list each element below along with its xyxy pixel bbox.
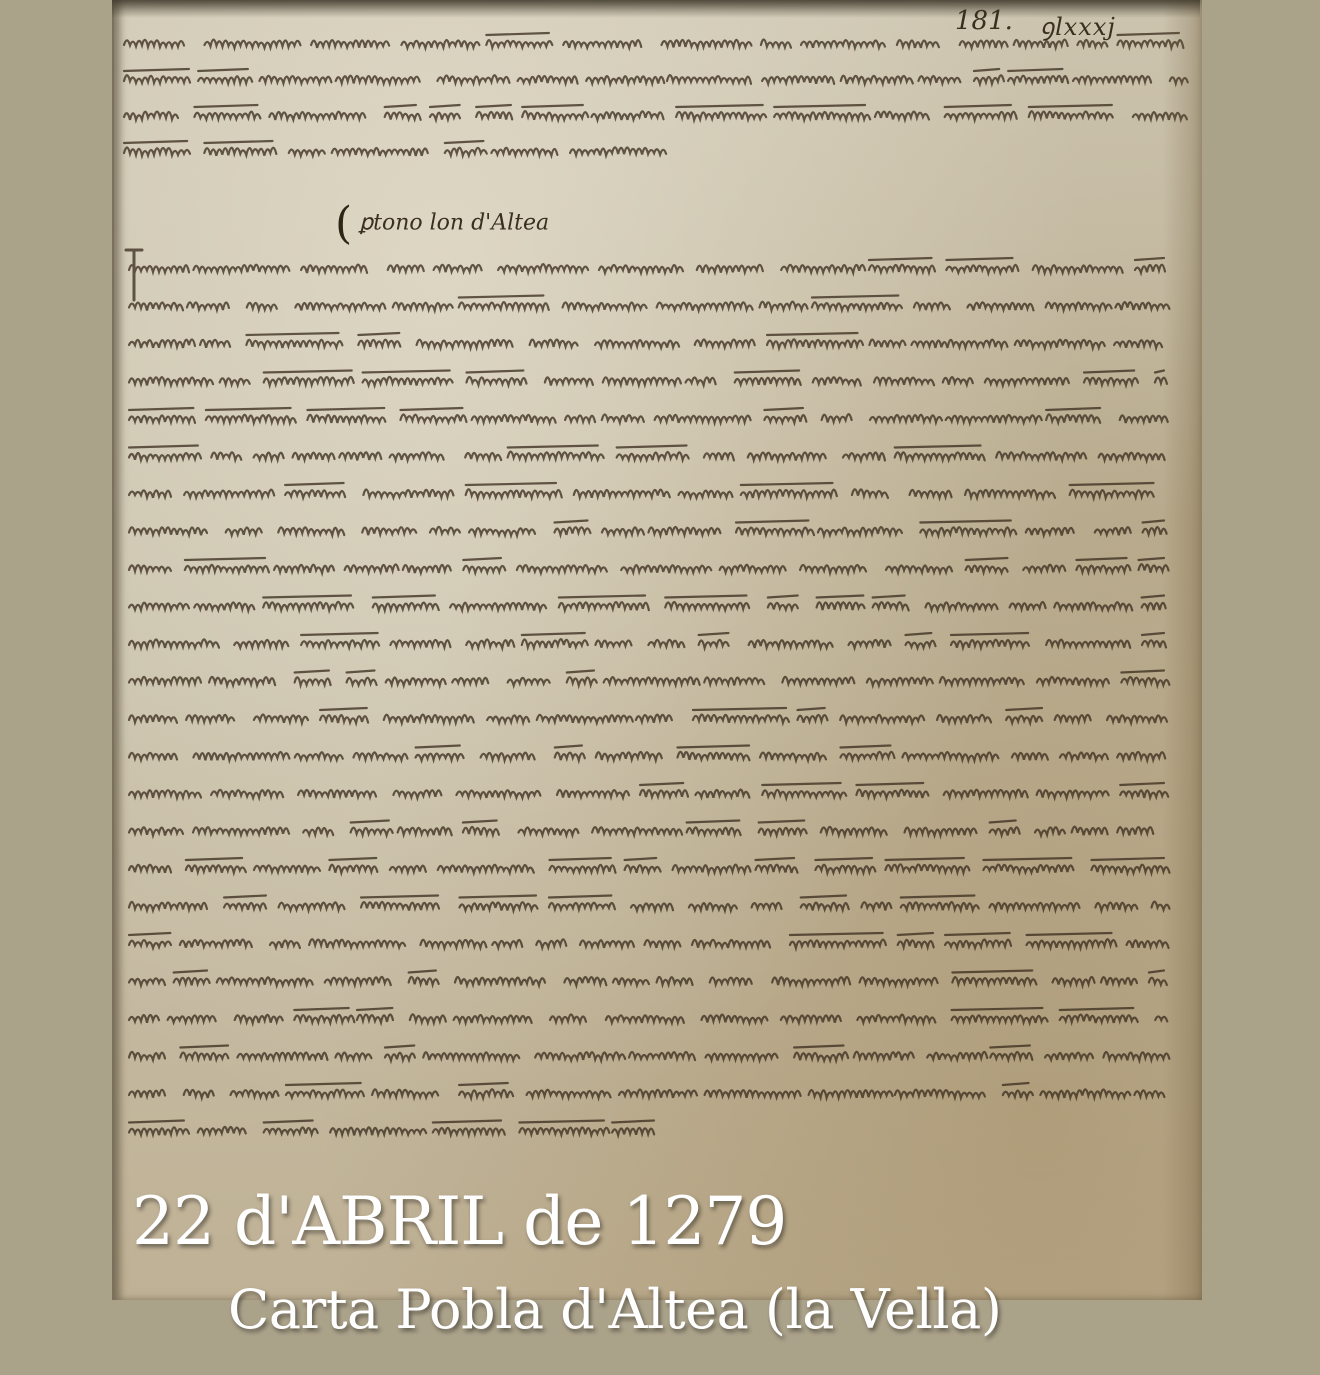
heading-text: ꝑtono lon d'Altea (359, 211, 549, 236)
caption-date: 22 d'ABRIL de 1279 (132, 1183, 786, 1260)
page-edge-shadow (112, 0, 1200, 18)
heading-bracket: ( (335, 198, 352, 249)
folio-number: 181. (955, 6, 1013, 36)
caption-title: Carta Pobla d'Altea (la Vella) (228, 1278, 1001, 1341)
manuscript-page (112, 0, 1202, 1300)
folio-roman-numeral: ꝯlxxxj (1040, 10, 1116, 43)
document-heading: ( ꝑtono lon d'Altea (335, 198, 549, 249)
handwritten-text-block (114, 0, 1202, 1300)
